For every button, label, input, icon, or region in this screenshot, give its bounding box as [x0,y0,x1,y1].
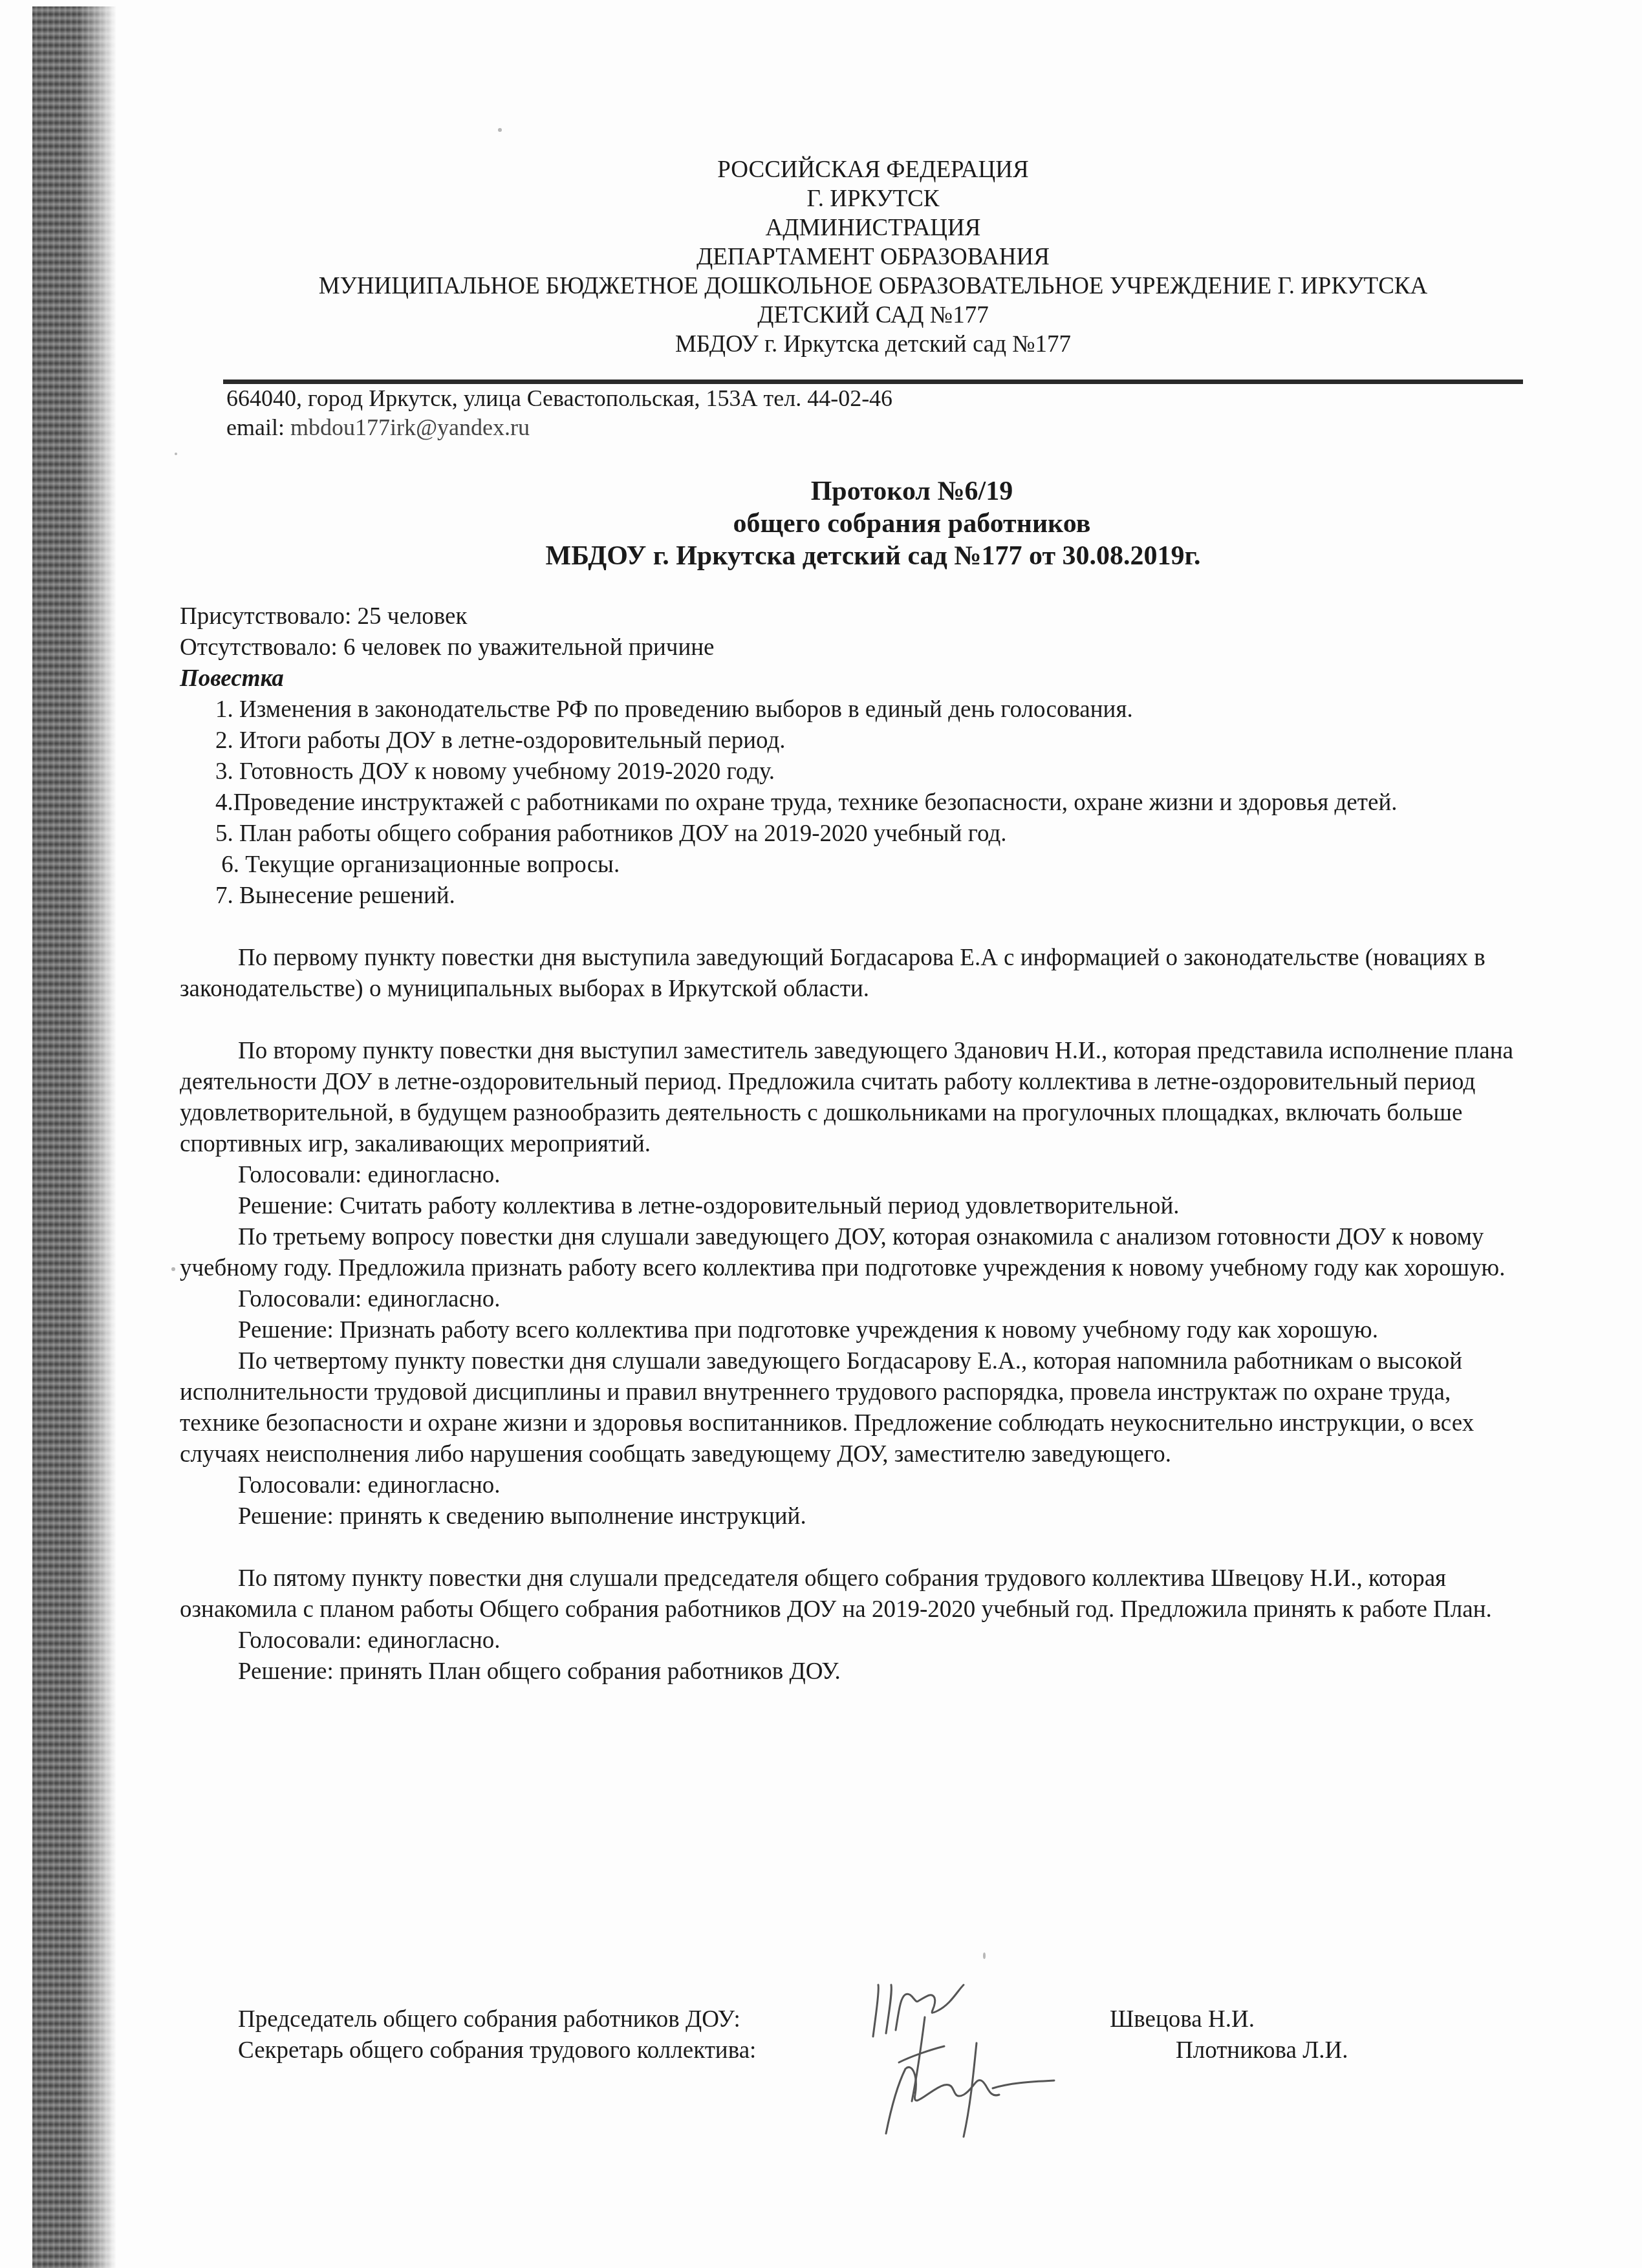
protocol-subtitle: общего собрания работников [336,508,1487,540]
secretary-name: Плотникова Л.И. [1176,2035,1348,2066]
attendance-absent: Отсутствовало: 6 человек по уважительной… [180,632,1525,663]
secretary-signature-row: Секретарь общего собрания трудового колл… [180,2035,1525,2066]
agenda-item: 2. Итоги работы ДОУ в летне-оздоровитель… [215,725,1525,756]
scanner-edge-artifact [32,6,116,2268]
email-label: email: [226,414,290,440]
section-4-vote: Голосовали: единогласно. [180,1470,1525,1501]
contact-block: 664040, город Иркутск, улица Севастополь… [226,384,892,442]
section-2-vote: Голосовали: единогласно. [180,1160,1525,1191]
spacer [180,912,1525,943]
letterhead-country: РОССИЙСКАЯ ФЕДЕРАЦИЯ [220,155,1526,184]
section-5-text: По пятому пункту повестки дня слушали пр… [180,1563,1525,1625]
letterhead-short-name: МБДОУ г. Иркутска детский сад №177 [220,330,1526,359]
email-link[interactable]: mbdou177irk@yandex.ru [290,414,530,440]
chair-name: Швецова Н.И. [1110,2004,1255,2035]
section-5-decision: Решение: принять План общего собрания ра… [180,1656,1525,1687]
email-line: email: mbdou177irk@yandex.ru [226,413,892,442]
protocol-number: Протокол №6/19 [336,475,1487,508]
section-3-decision: Решение: Признать работу всего коллектив… [180,1315,1525,1346]
chair-label: Председатель общего собрания работников … [238,2004,740,2035]
section-2-text: По второму пункту повестки дня выступил … [180,1036,1525,1160]
document-body: Присутствовало: 25 человек Отсутствовало… [180,601,1525,1687]
section-2-decision: Решение: Считать работу коллектива в лет… [180,1191,1525,1222]
agenda-heading: Повестка [180,663,1525,694]
agenda-item: 7. Вынесение решений. [215,881,1525,912]
address-line: 664040, город Иркутск, улица Севастополь… [226,384,892,413]
handwritten-signatures-icon [860,1972,1093,2140]
letterhead-institution: МУНИЦИПАЛЬНОЕ БЮДЖЕТНОЕ ДОШКОЛЬНОЕ ОБРАЗ… [220,272,1526,301]
agenda-item: 5. План работы общего собрания работнико… [215,818,1525,850]
section-3-text: По третьему вопросу повестки дня слушали… [180,1222,1525,1284]
document-title: Протокол №6/19 общего собрания работнико… [259,475,1487,572]
agenda-list: 1. Изменения в законодательстве РФ по пр… [180,694,1525,912]
section-3-vote: Голосовали: единогласно. [180,1284,1525,1315]
protocol-institution-date: МБДОУ г. Иркутска детский сад №177 от 30… [259,540,1487,572]
signature-block: Председатель общего собрания работников … [180,2004,1525,2066]
attendance-present: Присутствовало: 25 человек [180,601,1525,632]
chair-signature-row: Председатель общего собрания работников … [180,2004,1525,2035]
spacer [180,1005,1525,1036]
letterhead-department: ДЕПАРТАМЕНТ ОБРАЗОВАНИЯ [220,242,1526,272]
section-4-decision: Решение: принять к сведению выполнение и… [180,1501,1525,1532]
letterhead-kindergarten: ДЕТСКИЙ САД №177 [220,301,1526,330]
organization-letterhead: РОССИЙСКАЯ ФЕДЕРАЦИЯ Г. ИРКУТСК АДМИНИСТ… [220,155,1526,359]
section-1-text: По первому пункту повестки дня выступила… [180,943,1525,1005]
secretary-label: Секретарь общего собрания трудового колл… [238,2035,756,2066]
agenda-item: 1. Изменения в законодательстве РФ по пр… [215,694,1525,725]
letterhead-city: Г. ИРКУТСК [220,184,1526,213]
section-4-text: По четвертому пункту повестки дня слушал… [180,1346,1525,1470]
agenda-item: 3. Готовность ДОУ к новому учебному 2019… [215,756,1525,787]
agenda-item: 6. Текущие организационные вопросы. [215,850,1525,881]
section-5-vote: Голосовали: единогласно. [180,1625,1525,1656]
letterhead-administration: АДМИНИСТРАЦИЯ [220,213,1526,242]
spacer [180,1532,1525,1563]
agenda-item: 4.Проведение инструктажей с работниками … [215,787,1525,818]
letterhead-divider [223,380,1523,384]
